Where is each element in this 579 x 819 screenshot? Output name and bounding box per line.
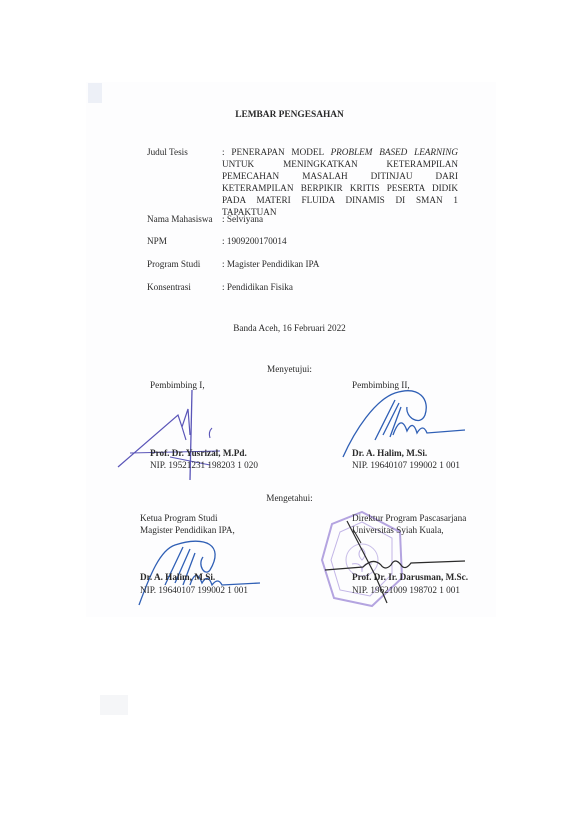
scan-artifact xyxy=(88,83,102,103)
document-title: LEMBAR PENGESAHAN xyxy=(0,110,579,121)
advisor-1-name: Prof. Dr. Yusrizal, M.Pd. xyxy=(150,448,247,459)
field-label-npm: NPM xyxy=(147,236,167,247)
field-label-nama: Nama Mahasiswa xyxy=(147,214,213,225)
field-value-konsentrasi: : Pendidikan Fisika xyxy=(222,282,458,293)
advisor-2-name: Dr. A. Halim, M.Si. xyxy=(352,448,427,459)
acknowledge-heading: Mengetahui: xyxy=(0,493,579,504)
field-label-program-studi: Program Studi xyxy=(147,259,200,270)
field-value-judul: : PENERAPAN MODEL PROBLEM BASED LEARNING… xyxy=(222,147,458,218)
document-page: LEMBAR PENGESAHAN Judul Tesis : PENERAPA… xyxy=(0,0,579,819)
field-value-npm: : 1909200170014 xyxy=(222,236,458,247)
director-name: Prof. Dr. Ir. Darusman, M.Sc. xyxy=(352,572,468,583)
field-value-program-studi: : Magister Pendidikan IPA xyxy=(222,259,458,270)
judul-italic: PROBLEM BASED LEARNING xyxy=(331,147,458,157)
head-program-nip: NIP. 19640107 199002 1 001 xyxy=(140,585,248,596)
head-program-role-1: Ketua Program Studi xyxy=(140,513,218,524)
director-nip: NIP. 19621009 198702 1 001 xyxy=(352,585,460,596)
field-label-konsentrasi: Konsentrasi xyxy=(147,282,191,293)
head-program-name: Dr. A. Halim, M.Si. xyxy=(140,572,215,583)
field-label-judul: Judul Tesis xyxy=(147,147,188,158)
scan-artifact xyxy=(100,695,128,715)
judul-prefix: : PENERAPAN MODEL xyxy=(222,147,331,157)
field-value-nama: : Selviyana xyxy=(222,214,458,225)
judul-suffix: UNTUK MENINGKATKAN KETERAMPILAN PEMECAHA… xyxy=(222,159,458,217)
advisor-1-nip: NIP. 19521231 198203 1 020 xyxy=(150,460,258,471)
approval-heading: Menyetujui: xyxy=(0,364,579,375)
place-date: Banda Aceh, 16 Februari 2022 xyxy=(0,323,579,334)
advisor-2-nip: NIP. 19640107 199002 1 001 xyxy=(352,460,460,471)
